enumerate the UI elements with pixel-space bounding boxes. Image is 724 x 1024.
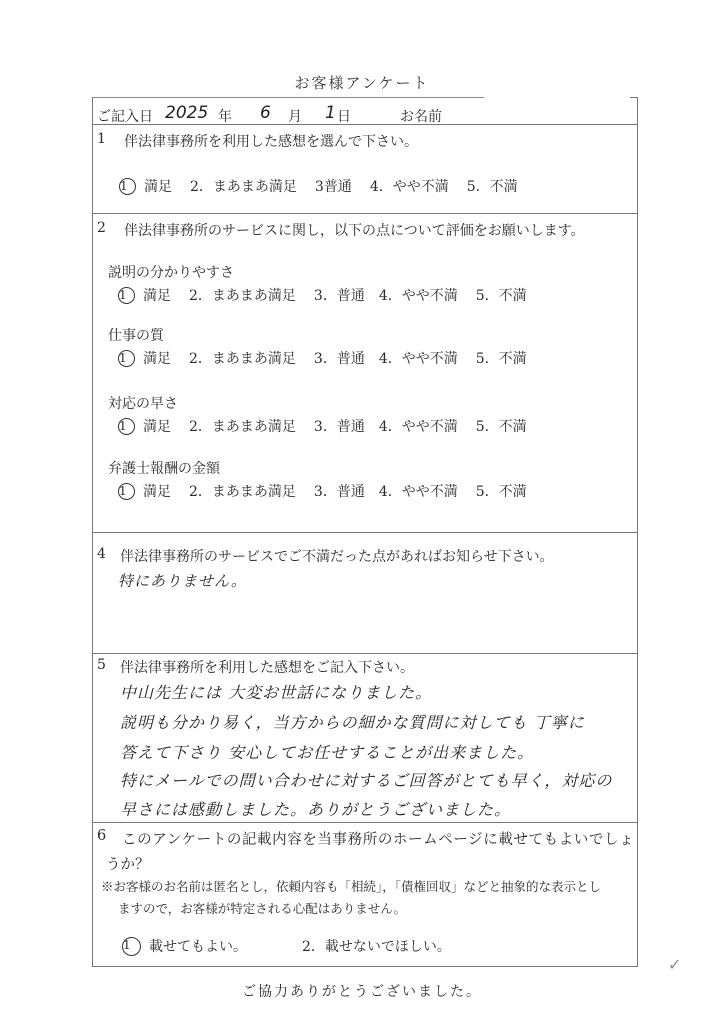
q6-note-line1: ※お客様のお名前は匿名とし，依頼内容も「相続」，「債権回収」などと抽象的な表示と… [101,877,601,895]
option-5[interactable]: 5．不満 [476,285,527,305]
q5-answer-line[interactable]: 特にメールでの問い合わせに対するご回答がとても早く，対応の [120,768,612,791]
form-border-corner [630,97,637,98]
q4-question: 伴法律事務所のサービスでご不満だった点があればお知らせ下さい。 [120,546,554,566]
option-1[interactable]: 満足 [143,285,171,305]
q2-question: 伴法律事務所のサービスに関し，以下の点について評価をお願いします。 [124,220,585,240]
q6-question-line2: うか？ [106,853,150,874]
day-value[interactable]: 1 [325,103,336,123]
divider [92,532,637,533]
option-4[interactable]: 4．やや不満 [379,481,458,501]
date-label: ご記入日 [97,106,153,126]
divider [92,213,637,214]
q6-option-2[interactable]: 2．載せないでほしい。 [302,936,451,956]
year-label: 年 [218,106,232,126]
q1-option-5[interactable]: 5．不満 [467,176,518,196]
month-value[interactable]: 6 [260,103,271,123]
q2-item-options: 1 満足 2．まあまあ満足 3．普通 4．やや不満 5．不満 [118,481,527,501]
q4-answer[interactable]: 特にありません。 [118,570,247,591]
q2-number: 2 [97,220,106,236]
option-1-selected-circle[interactable]: 1 [118,350,135,367]
option-1-selected-circle[interactable]: 1 [118,287,135,304]
option-2[interactable]: 2．まあまあ満足 [189,416,296,436]
option-4[interactable]: 4．やや不満 [379,416,458,436]
option-3[interactable]: 3．普通 [314,348,365,368]
form-border-bottom [92,966,637,967]
q6-option-1-selected-circle[interactable]: 1 [122,937,141,956]
title-underline [92,97,484,98]
option-2[interactable]: 2．まあまあ満足 [189,481,296,501]
year-value[interactable]: 2025 [165,103,208,123]
q6-option-1[interactable]: 載せてもよい。 [149,936,247,956]
q5-answer-line[interactable]: 説明も分かり易く，当方からの細かな質問に対しても 丁寧に [120,710,585,733]
q2-item-label: 弁護士報酬の金額 [108,458,220,478]
q2-item-label: 対応の早さ [108,393,178,413]
option-1[interactable]: 満足 [143,416,171,436]
name-field[interactable] [460,104,630,122]
day-label: 日 [337,106,351,126]
q2-item-label: 仕事の質 [108,325,164,345]
divider [92,653,637,654]
q5-number: 5 [97,657,106,673]
option-5[interactable]: 5．不満 [476,416,527,436]
q1-option-4[interactable]: 4．やや不満 [370,176,449,196]
option-5[interactable]: 5．不満 [476,481,527,501]
q6-question-line1: このアンケートの記載内容を当事務所のホームページに載せてもよいでしょ [122,828,634,849]
option-3[interactable]: 3．普通 [314,481,365,501]
q5-answer-line[interactable]: 早さには感動しました。ありがとうございました。 [120,797,511,820]
option-2[interactable]: 2．まあまあ満足 [189,285,296,305]
q1-option-1-selected-circle[interactable]: 1 [119,178,136,195]
q2-item-options: 1 満足 2．まあまあ満足 3．普通 4．やや不満 5．不満 [118,285,527,305]
option-1[interactable]: 満足 [143,481,171,501]
q1-option-1[interactable]: 満足 [144,176,172,196]
option-2[interactable]: 2．まあまあ満足 [189,348,296,368]
divider [92,124,637,125]
q1-question: 伴法律事務所を利用した感想を選んで下さい。 [124,131,418,151]
q1-option-3[interactable]: 3普通 [315,176,352,196]
q5-question: 伴法律事務所を利用した感想をご記入下さい。 [120,657,414,677]
option-1-selected-circle[interactable]: 1 [118,483,135,500]
q6-number: 6 [97,828,106,844]
q1-option-2[interactable]: 2．まあまあ満足 [190,176,297,196]
option-1[interactable]: 満足 [143,348,171,368]
option-5[interactable]: 5．不満 [476,348,527,368]
footer-thanks: ご協力ありがとうございました。 [0,981,724,1001]
q2-item-options: 1 満足 2．まあまあ満足 3．普通 4．やや不満 5．不満 [118,348,527,368]
q4-number: 4 [97,546,106,562]
name-label: お名前 [400,106,442,126]
option-1-selected-circle[interactable]: 1 [118,418,135,435]
q6-note-line2: ますので，お客様が特定される心配はありません。 [118,899,406,917]
form-border-right [637,97,638,967]
check-mark-icon: ✓ [668,955,681,974]
q1-number: 1 [97,131,106,147]
month-label: 月 [288,106,302,126]
q2-item-options: 1 満足 2．まあまあ満足 3．普通 4．やや不満 5．不満 [118,416,527,436]
option-4[interactable]: 4．やや不満 [379,348,458,368]
option-4[interactable]: 4．やや不満 [379,285,458,305]
option-3[interactable]: 3．普通 [314,416,365,436]
q6-options: 1 載せてもよい。 2．載せないでほしい。 [122,936,451,956]
divider [92,822,637,823]
option-3[interactable]: 3．普通 [314,285,365,305]
q2-item-label: 説明の分かりやすさ [108,262,234,282]
q1-options: 1 満足 2．まあまあ満足 3普通 4．やや不満 5．不満 [119,176,518,196]
q5-answer-line[interactable]: 中山先生には 大変お世話になりました。 [120,680,432,703]
document-title: お客様アンケート [0,72,724,93]
q5-answer-line[interactable]: 答えて下さり 安心してお任せすることが出来ました。 [120,740,534,763]
